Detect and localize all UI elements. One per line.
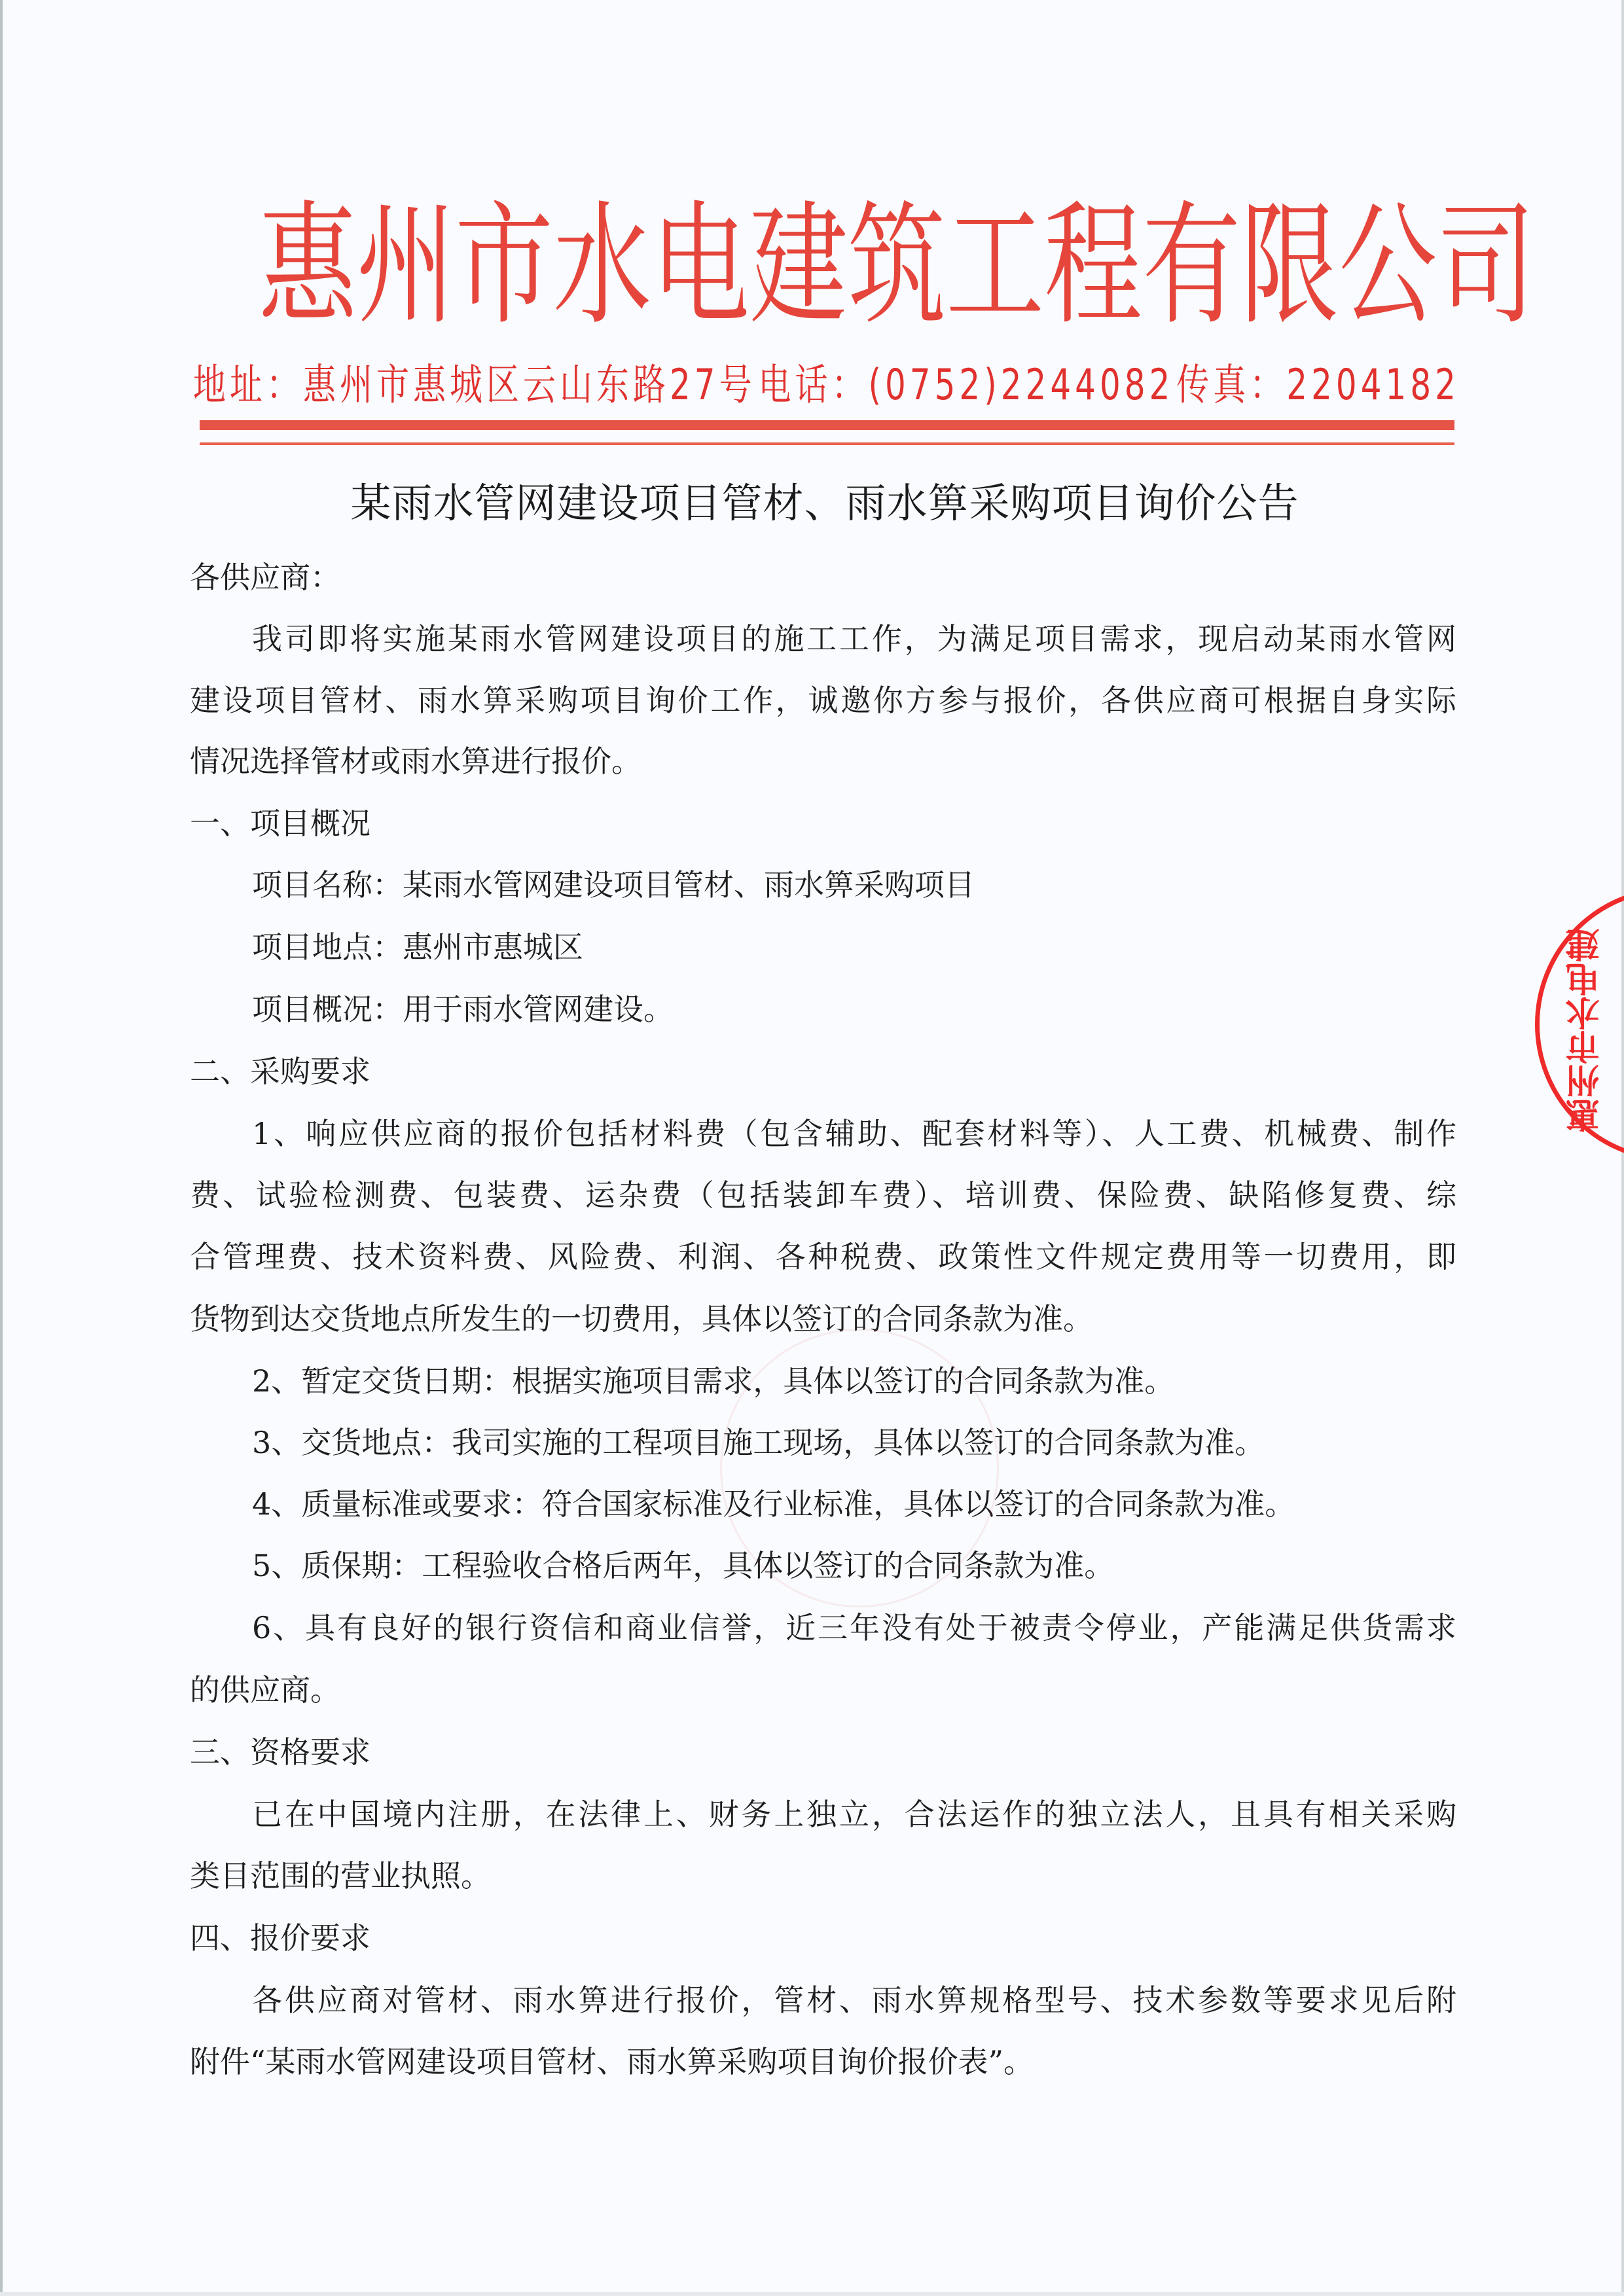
letterhead-rule-thin	[200, 442, 1454, 445]
company-address: 地址：惠州市惠城区云山东路27号	[193, 351, 756, 419]
requirement-line: 的供应商。	[190, 1670, 340, 1710]
company-name-char: 电	[651, 171, 749, 361]
quotation-line: 各供应商对管材、雨水箅进行报价，管材、雨水箅规格型号、技术参数等要求见后附	[252, 1981, 1456, 2020]
company-name-char: 州	[357, 171, 455, 361]
company-name-char: 工	[946, 171, 1044, 361]
company-name-char: 有	[1142, 171, 1240, 361]
requirement-line: 5、质保期：工程验收合格后两年，具体以签订的合同条款为准。	[252, 1546, 1114, 1585]
requirement-line: 费、试验检测费、包装费、运杂费（包括装卸车费）、培训费、保险费、缺陷修复费、综	[190, 1175, 1456, 1215]
company-name-char: 筑	[848, 171, 946, 361]
letterhead-contact: 地址：惠州市惠城区云山东路27号 电话：(0752)2244082 传真：220…	[193, 359, 1460, 411]
document-title: 某雨水管网建设项目管材、雨水箅采购项目询价公告	[321, 476, 1329, 530]
intro-line: 我司即将实施某雨水管网建设项目的施工工作，为满足项目需求，现启动某雨水管网	[252, 619, 1456, 658]
company-name-char: 惠	[259, 171, 357, 361]
company-name: 惠 州 市 水 电 建 筑 工 程 有 限 公 司	[259, 196, 1394, 337]
company-fax: 传真：2204182	[1176, 351, 1460, 419]
requirement-line: 1、响应供应商的报价包括材料费（包含辅助、配套材料等）、人工费、机械费、制作	[252, 1114, 1456, 1153]
project-location: 项目地点：惠州市惠城区	[252, 927, 583, 967]
company-name-char: 水	[553, 171, 651, 361]
scan-border-left	[0, 0, 3, 2296]
qualification-line: 类目范围的营业执照。	[190, 1856, 491, 1895]
company-name-char: 司	[1437, 171, 1535, 361]
salutation: 各供应商：	[190, 558, 340, 597]
requirement-line: 货物到达交货地点所发生的一切费用，具体以签订的合同条款为准。	[190, 1299, 1093, 1338]
company-name-char: 建	[749, 171, 848, 361]
company-name-char: 市	[455, 171, 553, 361]
company-phone: 电话：(0752)2244082	[758, 351, 1174, 419]
letterhead-rule-thick	[200, 420, 1454, 430]
section-heading-quotation: 四、报价要求	[190, 1918, 370, 1958]
intro-line: 情况选择管材或雨水箅进行报价。	[190, 742, 641, 781]
qualification-line: 已在中国境内注册，在法律上、财务上独立，合法运作的独立法人，且具有相关采购	[252, 1795, 1456, 1834]
quotation-line: 附件“某雨水管网建设项目管材、雨水箅采购项目询价报价表”。	[190, 2042, 1034, 2081]
company-seal-text: 惠州市水电建	[1564, 910, 1617, 1132]
project-summary: 项目概况：用于雨水管网建设。	[252, 990, 674, 1029]
section-heading-overview: 一、项目概况	[190, 804, 370, 843]
intro-line: 建设项目管材、雨水箅采购项目询价工作，诚邀你方参与报价，各供应商可根据自身实际	[190, 681, 1456, 720]
project-name: 项目名称：某雨水管网建设项目管材、雨水箅采购项目	[252, 865, 975, 905]
section-heading-qualification: 三、资格要求	[190, 1732, 370, 1772]
requirement-line: 6、具有良好的银行资信和商业信誉，近三年没有处于被责令停业，产能满足供货需求	[252, 1608, 1456, 1647]
requirement-line: 2、暂定交货日期：根据实施项目需求，具体以签订的合同条款为准。	[252, 1361, 1174, 1401]
faint-seal-impression	[720, 1329, 999, 1607]
scan-border-bottom	[0, 2292, 1624, 2296]
company-name-char: 程	[1044, 171, 1142, 361]
section-heading-procurement: 二、采购要求	[190, 1052, 370, 1091]
requirement-line: 合管理费、技术资料费、风险费、利润、各种税费、政策性文件规定费用等一切费用，即	[190, 1237, 1456, 1276]
company-name-char: 公	[1339, 171, 1437, 361]
company-name-char: 限	[1240, 171, 1339, 361]
